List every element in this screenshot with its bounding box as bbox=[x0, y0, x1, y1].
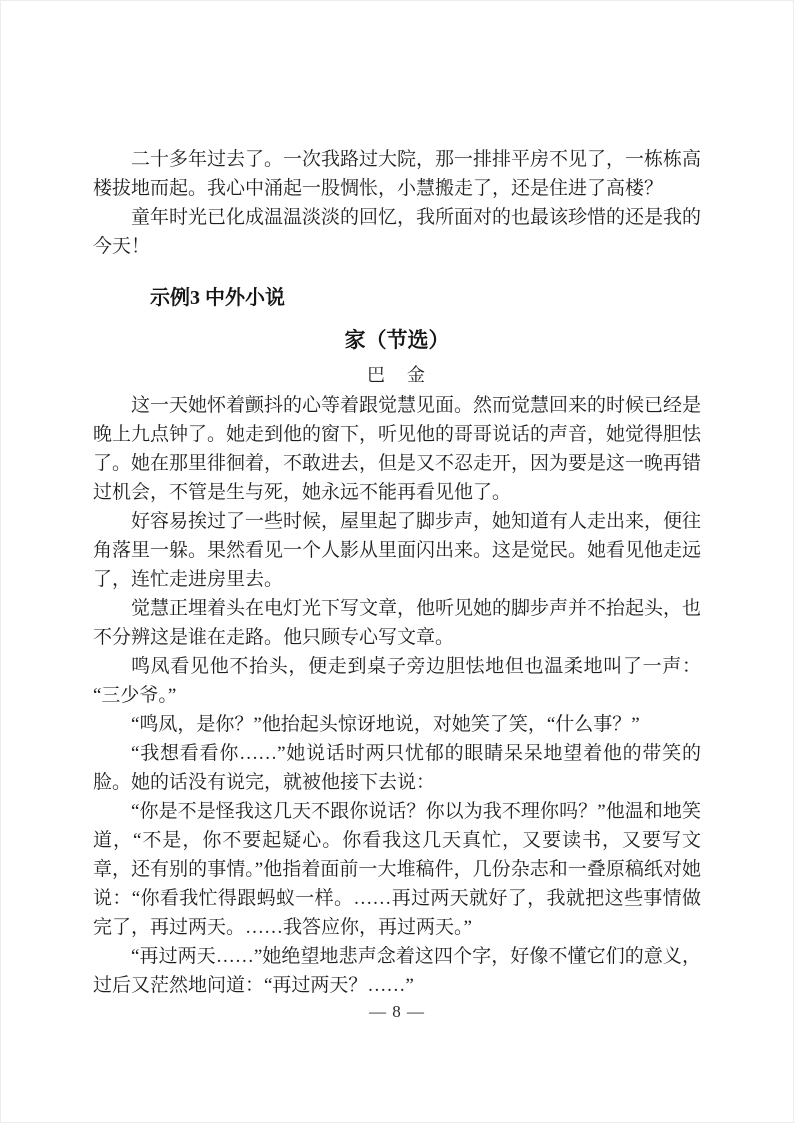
intro-paragraph: 童年时光已化成温温淡淡的回忆，我所面对的也最该珍惜的还是我的今天！ bbox=[93, 203, 701, 261]
body-paragraph: “我想看看你……”她说话时两只忧郁的眼睛呆呆地望着他的带笑的脸。她的话没有说完，… bbox=[93, 739, 701, 797]
body-paragraph: 觉慧正埋着头在电灯光下写文章，他听见她的脚步声并不抬起头，也不分辨这是谁在走路。… bbox=[93, 594, 701, 652]
excerpt-title: 家（节选） bbox=[93, 324, 701, 356]
body-paragraph: “你是不是怪我这几天不跟你说话？你以为我不理你吗？”他温和地笑道，“不是，你不要… bbox=[93, 797, 701, 942]
document-page: 二十多年过去了。一次我路过大院，那一排排平房不见了，一栋栋高楼拔地而起。我心中涌… bbox=[0, 0, 794, 1123]
body-paragraph: “再过两天……”她绝望地悲声念着这四个字，好像不懂它们的意义，过后又茫然地问道：… bbox=[93, 942, 701, 1000]
body-paragraph: 好容易挨过了一些时候，屋里起了脚步声，她知道有人走出来，便往角落里一躲。果然看见… bbox=[93, 507, 701, 594]
page-number: — 8 — bbox=[0, 1000, 794, 1024]
section-heading: 示例3 中外小说 bbox=[93, 283, 701, 313]
intro-paragraph: 二十多年过去了。一次我路过大院，那一排排平房不见了，一栋栋高楼拔地而起。我心中涌… bbox=[93, 145, 701, 203]
body-paragraph: “鸣凤，是你？”他抬起头惊讶地说，对她笑了笑，“什么事？” bbox=[93, 710, 701, 739]
body-paragraph: 这一天她怀着颤抖的心等着跟觉慧见面。然而觉慧回来的时候已经是晚上九点钟了。她走到… bbox=[93, 391, 701, 507]
body-paragraph: 鸣凤看见他不抬头，便走到桌子旁边胆怯地但也温柔地叫了一声：“三少爷。” bbox=[93, 652, 701, 710]
author-name: 巴 金 bbox=[93, 361, 701, 389]
page-content: 二十多年过去了。一次我路过大院，那一排排平房不见了，一栋栋高楼拔地而起。我心中涌… bbox=[93, 0, 701, 1000]
